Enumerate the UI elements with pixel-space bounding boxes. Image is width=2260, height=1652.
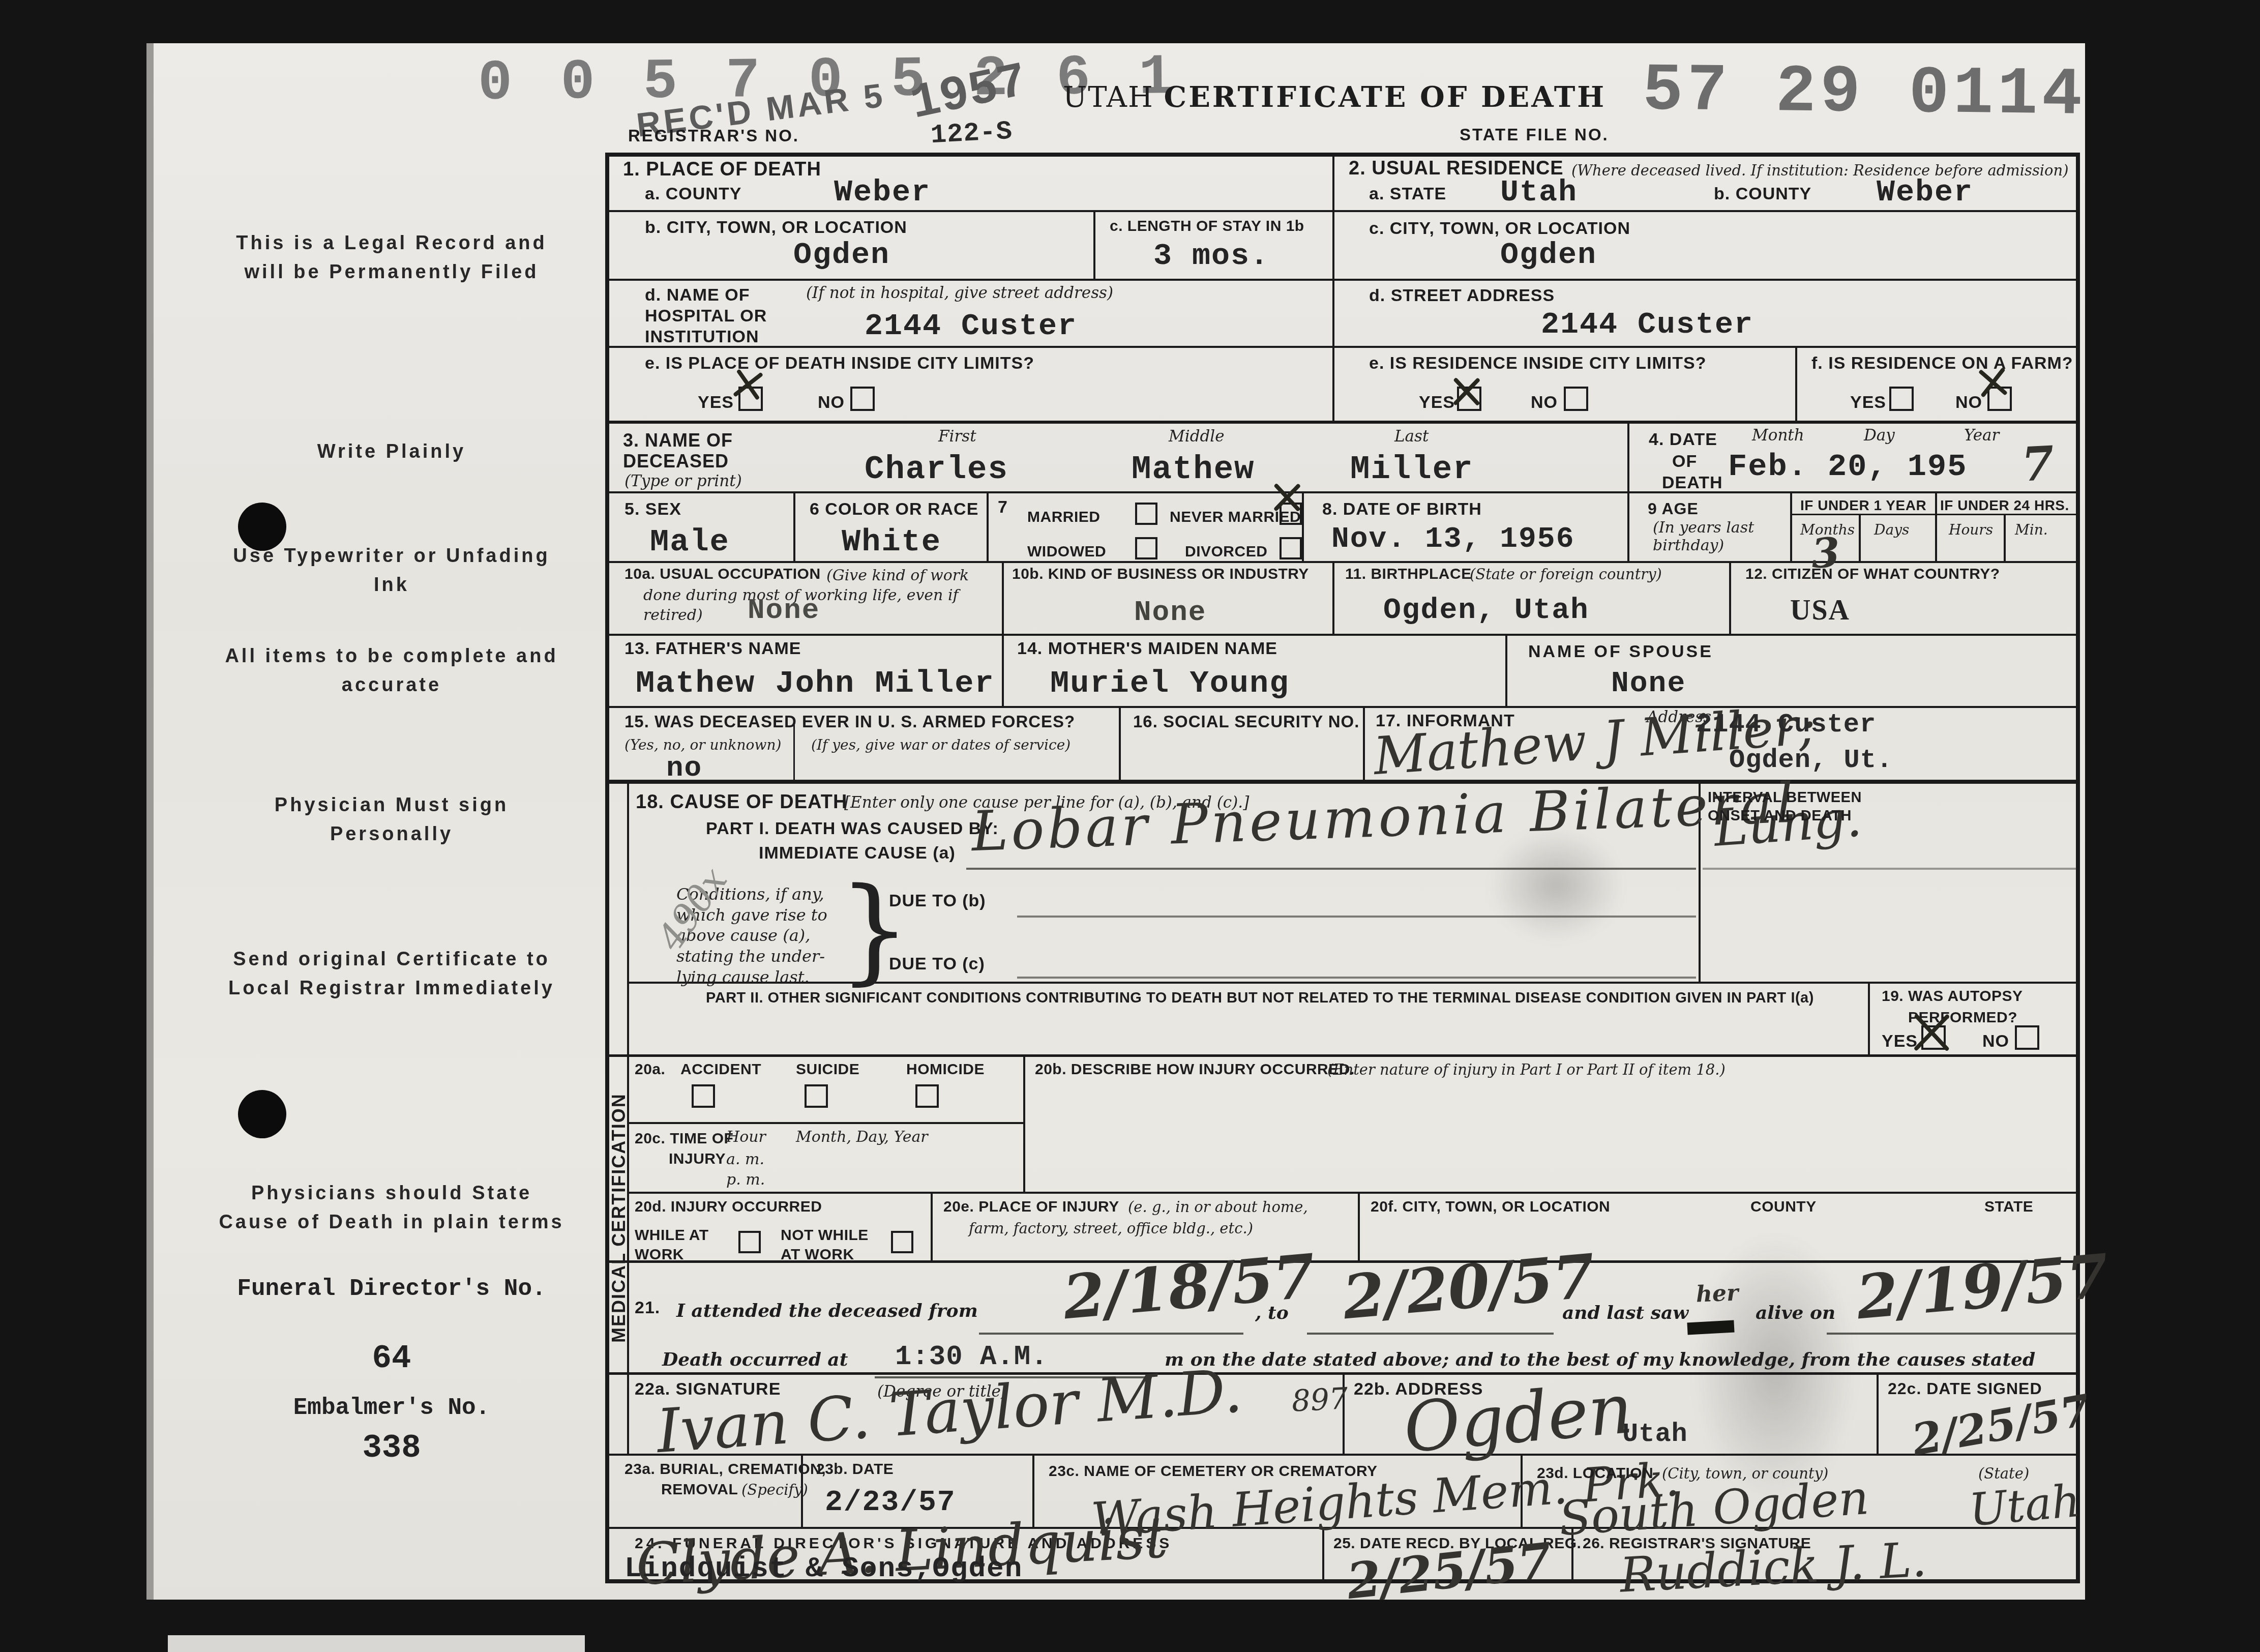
- place-of-injury-hint1: (e. g., in or about home,: [1128, 1198, 1308, 1216]
- burial-label2: REMOVAL: [661, 1481, 738, 1498]
- first-name-label: First: [938, 427, 976, 446]
- place-county-label: a. COUNTY: [645, 184, 741, 204]
- date-of-death-label1: 4. DATE: [1649, 430, 1717, 450]
- paper-fold-edge: [146, 43, 154, 1600]
- immediate-cause-label: IMMEDIATE CAUSE (a): [759, 843, 956, 863]
- medical-certification-label: MEDICAL CERTIFICATION: [608, 1093, 630, 1343]
- not-while-at-work-label2: AT WORK: [781, 1246, 854, 1263]
- father-name-label: 13. FATHER'S NAME: [625, 639, 801, 659]
- armed-forces-hint1: (Yes, no, or unknown): [625, 736, 781, 753]
- divorced-label: DIVORCED: [1185, 543, 1267, 560]
- farm-no-checkmark: [1976, 366, 2009, 399]
- form-border-left: [605, 153, 609, 1583]
- burial-state-handwriting: Utah: [1967, 1474, 2083, 1537]
- homicide-label: HOMICIDE: [906, 1061, 985, 1078]
- autopsy-no-label: NO: [1982, 1031, 2009, 1051]
- married-label: MARRIED: [1027, 509, 1101, 526]
- margin-note-write-plainly: Write Plainly: [219, 437, 564, 466]
- injury-county-label: COUNTY: [1750, 1198, 1817, 1216]
- margin-note-legal-record: This is a Legal Record and will be Perma…: [219, 229, 564, 287]
- place-city-limits-no-label: NO: [818, 393, 845, 412]
- attended-date3-line: [1827, 1333, 2076, 1335]
- hospital-name-hint: (If not in hospital, give street address…: [806, 284, 1113, 302]
- occupation-value: None: [748, 594, 820, 627]
- race-value: White: [842, 524, 941, 560]
- describe-injury-label: 20b. DESCRIBE HOW INJURY OCCURRED.: [1035, 1061, 1355, 1078]
- form-border-top: [605, 153, 2080, 157]
- armed-forces-value: no: [666, 752, 702, 784]
- burial-label: 23a. BURIAL, CREMATION,: [625, 1461, 826, 1478]
- armed-forces-hint2: (If yes, give war or dates of service): [811, 736, 1070, 753]
- paper-bottom-sliver: [168, 1635, 585, 1652]
- describe-injury-hint: (Enter nature of injury in Part I or Par…: [1327, 1061, 1726, 1078]
- sex-value: Male: [650, 524, 730, 560]
- residence-state-value: Utah: [1500, 175, 1578, 210]
- time-of-injury-label2: INJURY: [669, 1150, 726, 1168]
- hole-punch-bottom: [238, 1090, 286, 1138]
- divorced-checkbox: [1280, 537, 1302, 559]
- date-of-death-value: Feb. 20, 195: [1728, 449, 1967, 485]
- attended-text-1c: and last saw: [1562, 1302, 1688, 1323]
- physician-address-typed: Utah: [1622, 1419, 1688, 1449]
- title-state: UTAH: [1063, 81, 1154, 114]
- burial-specify-hint: (Specify): [741, 1481, 808, 1498]
- due-to-c-line: [1017, 977, 1696, 979]
- residence-county-label: b. COUNTY: [1714, 184, 1811, 204]
- hospital-name-label: d. NAME OF HOSPITAL OR INSTITUTION: [645, 285, 797, 347]
- never-married-checkmark: [1271, 482, 1302, 513]
- am-label: a. m.: [726, 1150, 764, 1168]
- suicide-label: SUICIDE: [796, 1061, 859, 1078]
- age-label: 9 AGE: [1648, 499, 1699, 518]
- length-of-stay-value: 3 mos.: [1153, 239, 1269, 274]
- attended-text-1a: I attended the deceased from: [676, 1300, 978, 1321]
- attended-date2-line: [1307, 1333, 1554, 1335]
- attended-text-1d: alive on: [1756, 1302, 1835, 1323]
- while-at-work-label2: WORK: [635, 1246, 684, 1263]
- farm-yes-checkbox: [1889, 387, 1914, 411]
- pm-label: p. m.: [726, 1171, 765, 1189]
- registrar-no-label: REGISTRAR'S NO.: [628, 126, 799, 145]
- middle-name-value: Mathew: [1132, 452, 1255, 488]
- embalmer-no-value: 338: [219, 1430, 564, 1467]
- state-file-no-stamp: 57 29 0114: [1642, 52, 2087, 133]
- occupation-hint: (Give kind of work done during most of w…: [643, 566, 999, 625]
- margin-note-send-original: Send original Certificate to Local Regis…: [219, 945, 564, 1003]
- homicide-checkbox: [915, 1084, 939, 1108]
- birthplace-value: Ogden, Utah: [1383, 594, 1589, 627]
- date-signed-label: 22c. DATE SIGNED: [1888, 1379, 2042, 1398]
- sex-label: 5. SEX: [625, 499, 681, 519]
- birthplace-label: 11. BIRTHPLACE: [1345, 566, 1472, 583]
- month-day-year-label: Month, Day, Year: [796, 1128, 928, 1146]
- residence-city-limits-yes-label: YES: [1419, 393, 1455, 412]
- if-under-1-year-label: IF UNDER 1 YEAR: [1800, 497, 1926, 514]
- not-while-at-work-checkbox: [891, 1231, 913, 1253]
- cause-of-death-title: 18. CAUSE OF DEATH: [636, 791, 847, 813]
- citizen-value: USA: [1790, 594, 1850, 627]
- place-city-label: b. CITY, TOWN, OR LOCATION: [645, 218, 907, 238]
- citizen-label: 12. CITIZEN OF WHAT COUNTRY?: [1745, 566, 2000, 583]
- mother-name-label: 14. MOTHER'S MAIDEN NAME: [1017, 639, 1277, 659]
- spouse-value: None: [1611, 667, 1686, 700]
- informant-address-line2: Ogden, Ut.: [1729, 745, 1893, 775]
- residence-city-label: c. CITY, TOWN, OR LOCATION: [1369, 219, 1630, 239]
- injury-occurred-label: 20d. INJURY OCCURRED: [635, 1198, 822, 1216]
- place-city-limits-label: e. IS PLACE OF DEATH INSIDE CITY LIMITS?: [645, 353, 1034, 373]
- date-of-birth-label: 8. DATE OF BIRTH: [1322, 499, 1482, 519]
- burial-date-value: 2/23/57: [825, 1486, 956, 1519]
- funeral-director-typed: Lindquist & Sons,Ogden: [625, 1552, 1023, 1585]
- registrar-no-value: 122-S: [930, 116, 1014, 151]
- injury-city-label: 20f. CITY, TOWN, OR LOCATION: [1371, 1198, 1610, 1216]
- due-to-c-label: DUE TO (c): [889, 954, 985, 974]
- part2-label: PART II. OTHER SIGNIFICANT CONDITIONS CO…: [706, 990, 1814, 1007]
- street-address-value: 2144 Custer: [1541, 308, 1753, 342]
- day-label: Day: [1864, 426, 1895, 445]
- informant-address-line1: 2144 Custer: [1696, 710, 1876, 740]
- usual-residence-hint: (Where deceased lived. If institution: R…: [1571, 162, 2069, 179]
- farm-label: f. IS RESIDENCE ON A FARM?: [1811, 353, 2073, 373]
- min-label: Min.: [2015, 521, 2048, 538]
- time-of-injury-label1: 20c. TIME OF: [635, 1130, 733, 1147]
- accident-section-number: 20a.: [635, 1061, 665, 1078]
- attended-date1-line: [979, 1333, 1243, 1335]
- middle-name-label: Middle: [1169, 427, 1225, 446]
- mother-name-value: Muriel Young: [1050, 665, 1289, 701]
- place-city-limits-yes-checkmark: [730, 367, 765, 402]
- while-at-work-label1: WHILE AT: [635, 1227, 709, 1244]
- age-hint: (In years last birthday): [1653, 519, 1780, 554]
- residence-city-limits-yes-checkmark: [1451, 376, 1481, 407]
- autopsy-yes-checkmark: [1910, 1012, 1950, 1053]
- attended-text-1b: , to: [1255, 1302, 1289, 1323]
- birthplace-hint: (State or foreign country): [1470, 566, 1662, 583]
- time-of-death-value: 1:30 A.M.: [895, 1342, 1048, 1373]
- immediate-cause-line: [966, 868, 1696, 870]
- date-of-death-year-handwritten: 7: [2020, 435, 2056, 492]
- length-of-stay-label: c. LENGTH OF STAY IN 1b: [1110, 218, 1304, 235]
- hours-label: Hours: [1949, 521, 1993, 538]
- year-label: Year: [1964, 426, 1999, 445]
- spouse-label: NAME OF SPOUSE: [1528, 642, 1713, 662]
- interval-header: INTERVAL BETWEEN ONSET AND DEATH: [1708, 788, 1876, 825]
- business-value: None: [1134, 596, 1206, 629]
- marital-section-number: 7: [998, 497, 1008, 517]
- while-at-work-checkbox: [738, 1231, 761, 1253]
- certificate-title: UTAH CERTIFICATE OF DEATH: [1063, 80, 1606, 114]
- form-border-right: [2076, 153, 2080, 1583]
- margin-note-complete: All items to be complete and accurate: [219, 642, 564, 700]
- injury-state-label: STATE: [1984, 1198, 2033, 1216]
- signature-number-note: 897: [1291, 1381, 1349, 1419]
- autopsy-label-line1: 19. WAS AUTOPSY: [1882, 988, 2023, 1005]
- hospital-name-value: 2144 Custer: [865, 309, 1077, 344]
- scratched-out-word: [1687, 1320, 1734, 1335]
- ssn-label: 16. SOCIAL SECURITY NO.: [1133, 712, 1359, 731]
- not-while-at-work-label1: NOT WHILE: [781, 1227, 869, 1244]
- residence-city-limits-no-checkbox: [1564, 387, 1588, 411]
- due-to-b-label: DUE TO (b): [889, 891, 986, 911]
- burial-date-label: 23b. DATE: [816, 1461, 894, 1478]
- last-name-label: Last: [1394, 427, 1429, 446]
- name-of-deceased-label: 3. NAME OF DECEASED: [623, 430, 755, 472]
- death-occurred-text: Death occurred at: [662, 1349, 848, 1370]
- residence-city-limits-label: e. IS RESIDENCE INSIDE CITY LIMITS?: [1369, 353, 1706, 373]
- street-address-label: d. STREET ADDRESS: [1369, 286, 1555, 306]
- attended-section-number: 21.: [635, 1298, 660, 1318]
- married-checkbox: [1135, 503, 1157, 525]
- accident-checkbox: [692, 1084, 715, 1108]
- scanned-death-certificate: 0 0 5 7 0 5 2 6 1 REC'D MAR 5 1957 REGIS…: [0, 0, 2260, 1652]
- business-label: 10b. KIND OF BUSINESS OR INDUSTRY: [1012, 566, 1309, 583]
- armed-forces-label: 15. WAS DECEASED EVER IN U. S. ARMED FOR…: [625, 712, 1075, 731]
- place-of-injury-hint2: farm, factory, street, office bldg., etc…: [969, 1220, 1253, 1237]
- funeral-director-no-value: 64: [219, 1341, 564, 1377]
- widowed-label: WIDOWED: [1027, 543, 1106, 560]
- residence-city-limits-no-label: NO: [1531, 393, 1558, 412]
- place-county-value: Weber: [834, 175, 931, 210]
- burial-location-label: 23d. LOCATION: [1537, 1465, 1653, 1482]
- date-of-death-label3: DEATH: [1662, 473, 1723, 493]
- date-of-birth-value: Nov. 13, 1956: [1331, 523, 1574, 556]
- place-city-limits-yes-label: YES: [698, 393, 734, 412]
- ink-smudge-2: [1490, 829, 1622, 941]
- place-city-value: Ogden: [793, 238, 890, 273]
- days-label: Days: [1874, 521, 1909, 538]
- residence-state-label: a. STATE: [1369, 184, 1446, 204]
- her-handwriting: her: [1696, 1280, 1739, 1308]
- race-label: 6 COLOR OR RACE: [810, 499, 978, 519]
- autopsy-no-checkbox: [2015, 1025, 2039, 1050]
- interval-line: [1703, 868, 2076, 870]
- month-label: Month: [1752, 426, 1804, 445]
- due-to-b-line: [1017, 916, 1696, 918]
- death-occurred-text2: m on the date stated above; and to the b…: [1165, 1349, 2035, 1370]
- place-of-death-title: 1. PLACE OF DEATH: [623, 159, 821, 181]
- place-city-limits-no-checkbox: [850, 387, 875, 411]
- residence-city-value: Ogden: [1500, 238, 1597, 273]
- date-of-death-label2: OF: [1672, 452, 1697, 471]
- accident-label: ACCIDENT: [680, 1061, 761, 1078]
- father-name-value: Mathew John Miller: [636, 665, 995, 701]
- part1-label: PART I. DEATH WAS CAUSED BY:: [706, 819, 999, 839]
- state-file-no-label: STATE FILE NO.: [1460, 125, 1609, 144]
- embalmer-no-label: Embalmer's No.: [219, 1395, 564, 1421]
- farm-yes-label: YES: [1850, 393, 1886, 412]
- residence-county-value: Weber: [1877, 175, 1973, 210]
- widowed-checkbox: [1135, 537, 1157, 559]
- margin-note-typewriter: Use Typewriter or Unfading Ink: [219, 542, 564, 600]
- title-rest: CERTIFICATE OF DEATH: [1164, 80, 1607, 114]
- type-or-print-hint: (Type or print): [625, 472, 742, 490]
- funeral-director-no-label: Funeral Director's No.: [219, 1276, 564, 1302]
- suicide-checkbox: [805, 1084, 828, 1108]
- margin-note-plain-terms: Physicians should State Cause of Death i…: [219, 1179, 564, 1237]
- first-name-value: Charles: [865, 452, 1008, 488]
- place-of-injury-label: 20e. PLACE OF INJURY: [943, 1198, 1119, 1216]
- margin-note-physician-sign: Physician Must sign Personally: [219, 791, 564, 849]
- last-name-value: Miller: [1350, 452, 1473, 488]
- hour-label: Hour: [726, 1128, 766, 1146]
- if-under-24-hrs-label: IF UNDER 24 HRS.: [1940, 497, 2069, 514]
